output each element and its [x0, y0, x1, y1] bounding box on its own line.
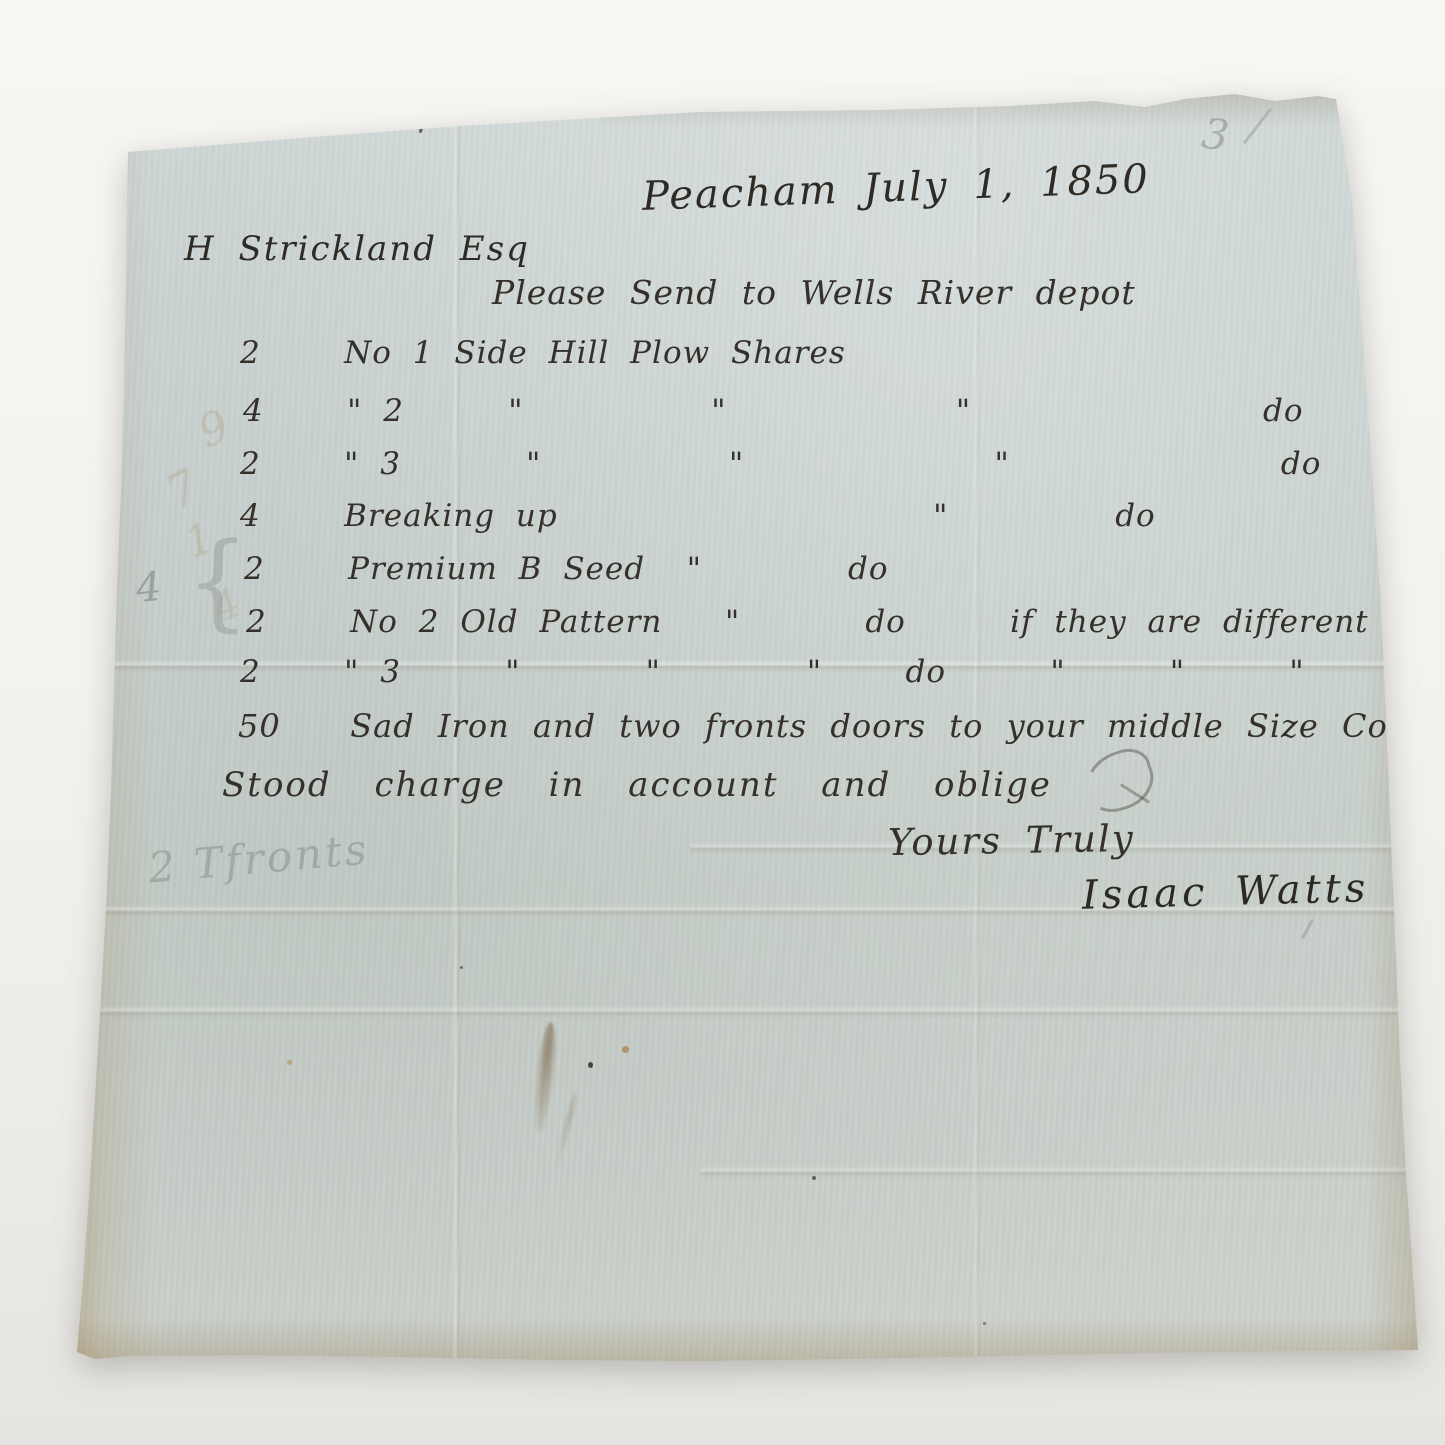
- fold-crease-horizontal-5: [700, 1166, 1410, 1178]
- bleed-through-mark-1: 9: [193, 404, 235, 455]
- order-line-4: 4 Breaking up " do: [240, 501, 1156, 532]
- paper-edge-discoloration-top: [600, 92, 1345, 128]
- paper-edge-discoloration-left: [62, 128, 154, 1364]
- pencil-top-right-number: 3: [1199, 112, 1231, 157]
- ink-speck: [812, 1176, 816, 1180]
- ink-speck: [588, 1062, 593, 1068]
- request-line: Please Send to Wells River depot: [492, 276, 1136, 309]
- order-line-5: 2 Premium B Seed " do: [244, 554, 889, 585]
- brown-stain-streak: [530, 1021, 560, 1134]
- order-line-6: 2 No 2 Old Pattern " do if they are diff…: [246, 607, 1445, 638]
- body-line-2: Stood charge in account and oblige: [222, 768, 1052, 802]
- foxing-spot: [287, 1060, 292, 1065]
- pencil-tick-mark: [1301, 919, 1314, 940]
- ink-tick-mark: [419, 122, 425, 133]
- foxing-spot: [622, 1046, 629, 1053]
- pencil-margin-number: 4: [134, 567, 163, 609]
- order-line-1: 2 No 1 Side Hill Plow Shares: [240, 338, 846, 369]
- photo-backdrop: Peacham July 1, 1850 H Strickland Esq Pl…: [0, 0, 1445, 1445]
- order-line-2: 4 " 2 " " " do: [243, 396, 1304, 427]
- paper-edge-discoloration-bottom: [70, 1316, 1420, 1364]
- body-line-1: 50 Sad Iron and two fronts doors to your…: [238, 710, 1428, 742]
- brown-stain-tail: [553, 1092, 580, 1166]
- pencil-bottom-left-note: 2 Tfronts: [147, 828, 371, 889]
- order-line-3: 2 " 3 " " " do: [240, 449, 1321, 480]
- signature: Isaac Watts: [1082, 868, 1370, 916]
- paper-surface: Peacham July 1, 1850 H Strickland Esq Pl…: [0, 0, 1445, 1445]
- recipient-line: H Strickland Esq: [184, 232, 530, 266]
- letter-paper: Peacham July 1, 1850 H Strickland Esq Pl…: [0, 0, 1445, 1445]
- order-line-7: 2 " 3 " " " do " " " " " ": [240, 657, 1445, 688]
- pencil-slash-mark: [1243, 108, 1272, 145]
- dateline: Peacham July 1, 1850: [641, 159, 1150, 217]
- ink-speck: [983, 1322, 986, 1325]
- ink-speck: [460, 966, 463, 969]
- bleed-through-mark-2: 7: [159, 462, 206, 516]
- closing-line: Yours Truly: [888, 820, 1135, 861]
- fold-crease-horizontal-4: [88, 1006, 1403, 1018]
- ink-flourish: [1077, 743, 1161, 820]
